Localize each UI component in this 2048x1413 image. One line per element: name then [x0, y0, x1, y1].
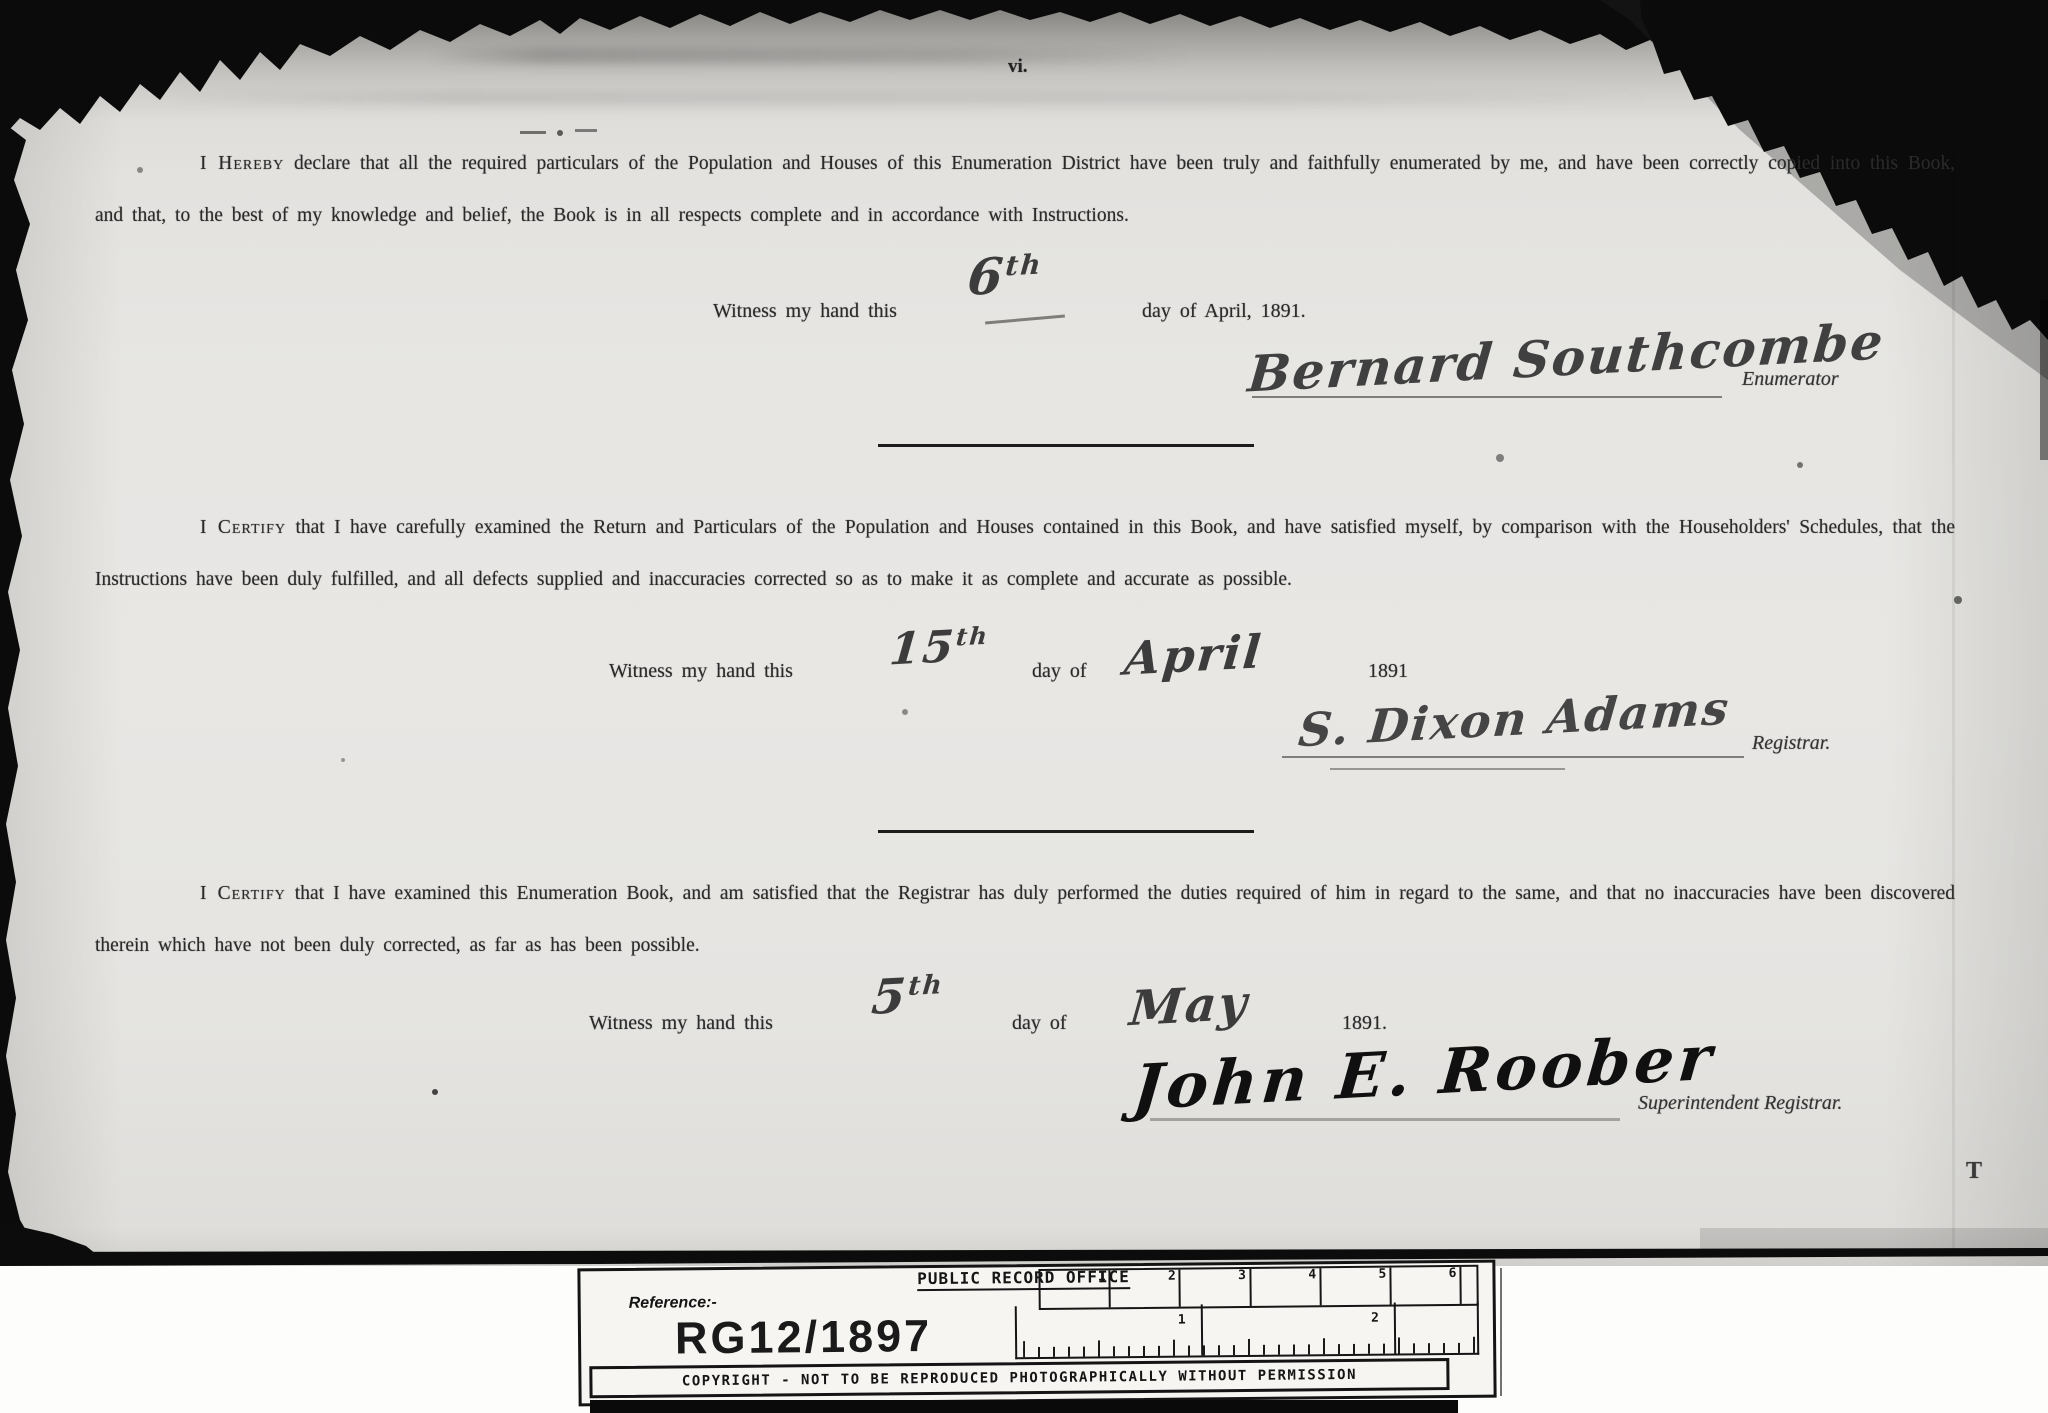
enumerator-declaration-paragraph: I Hereby declare that all the required p… [95, 138, 1955, 242]
scale-end-cap [1461, 1267, 1476, 1304]
scale-divider [1201, 1304, 1203, 1355]
section-divider-rule [878, 444, 1254, 447]
superintendent-role-label: Superintendent Registrar. [1638, 1092, 1842, 1115]
scale-lower-row: 1 2 [1015, 1302, 1479, 1359]
registrar-day-handwritten: 15th [887, 619, 990, 675]
registrar-certification-paragraph: I Certify that I have carefully examined… [95, 502, 1955, 606]
certify-lead-text: I Certify [200, 517, 286, 538]
stamp-reference-value: RG12/1897 [675, 1310, 933, 1364]
registrar-signature-underline-2 [1330, 768, 1565, 770]
section-divider-rule [878, 830, 1254, 833]
enumerator-witness-prefix: Witness my hand this [713, 300, 897, 323]
stamp-measuring-scale: 1 2 3 4 5 6 1 2 [1014, 1265, 1479, 1357]
declaration-body-text: declare that all the required particular… [95, 153, 1955, 226]
scale-inch-cell: 2 [1111, 1270, 1182, 1308]
scale-inch-cell: 4 [1251, 1268, 1322, 1306]
page-number: vi. [1008, 56, 1028, 78]
scale-lower-number: 2 [1371, 1311, 1379, 1326]
declaration-lead-text: I Hereby [200, 153, 284, 174]
certify-body-text: that I have examined this Enumeration Bo… [95, 883, 1955, 956]
stamp-reference-label: Reference:- [629, 1294, 717, 1313]
registrar-role-label: Registrar. [1752, 732, 1830, 755]
registrar-signature-underline [1282, 756, 1744, 758]
scale-inch-cell: 6 [1391, 1267, 1462, 1305]
enumerator-witness-suffix: day of April, 1891. [1142, 300, 1306, 323]
scale-inch-cell: 5 [1321, 1268, 1392, 1306]
registrar-day-of-label: day of [1032, 660, 1087, 683]
superintendent-witness-prefix: Witness my hand this [589, 1012, 773, 1035]
scale-lower-number: 1 [1178, 1313, 1186, 1328]
bottom-film-strip [590, 1400, 1458, 1413]
margin-registration-mark: T [1966, 1158, 1982, 1185]
page-fold-line [1952, 150, 1955, 1250]
scanned-census-declaration-page: vi. I Hereby declare that all the requir… [0, 0, 2048, 1413]
registrar-witness-prefix: Witness my hand this [609, 660, 793, 683]
stamp-paper-edge [1500, 1268, 1502, 1396]
registrar-month-handwritten: April [1122, 624, 1265, 685]
ink-bleed-through [150, 92, 1650, 104]
superintendent-day-handwritten: 5th [869, 966, 945, 1026]
public-record-office-stamp: PUBLIC RECORD OFFICE Reference:- RG12/18… [577, 1260, 1496, 1407]
superintendent-month-handwritten: May [1127, 975, 1251, 1037]
enumerator-day-handwritten: 6th [965, 244, 1044, 307]
superintendent-year: 1891. [1342, 1012, 1387, 1035]
registrar-year: 1891 [1368, 660, 1408, 683]
superintendent-certification-paragraph: I Certify that I have examined this Enum… [95, 868, 1955, 972]
enumerator-role-label: Enumerator [1742, 368, 1839, 391]
ink-bleed-through [430, 48, 1190, 64]
scale-inch-cell: 3 [1181, 1269, 1252, 1307]
certify-body-text: that I have carefully examined the Retur… [95, 517, 1955, 590]
scale-inch-cell: 1 [1040, 1270, 1111, 1308]
superintendent-day-of-label: day of [1012, 1012, 1067, 1035]
scale-divider [1394, 1303, 1396, 1354]
certify-lead-text: I Certify [200, 883, 286, 904]
stamp-copyright-notice: COPYRIGHT - NOT TO BE REPRODUCED PHOTOGR… [589, 1358, 1449, 1398]
